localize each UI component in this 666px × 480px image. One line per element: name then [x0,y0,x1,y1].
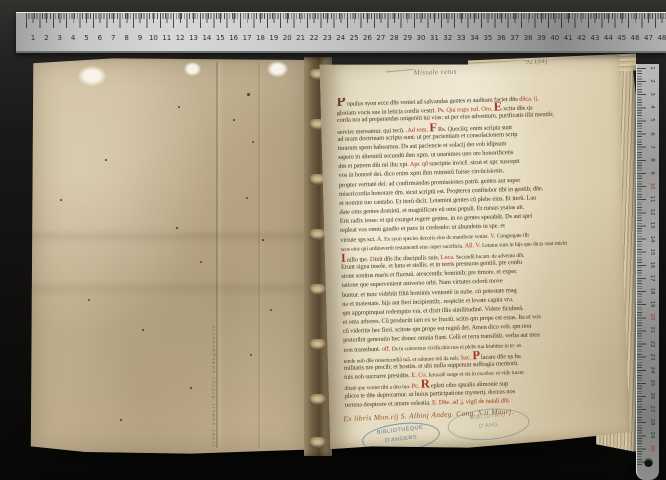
cover-crease [258,62,260,448]
h-ruler-number: 30 [415,34,427,42]
h-ruler-number: 7 [107,34,119,42]
v-ruler-number: 12 [649,206,655,218]
v-ruler-number: 23 [649,351,655,363]
rubric-text: E. Dñe. ad .j. vigil de natali dñi. [432,397,510,406]
v-ruler-number: 14 [649,233,655,245]
h-ruler-number: 29 [402,34,414,42]
v-ruler-number: 22 [649,338,655,350]
h-ruler-number: 1 [27,34,39,42]
h-ruler-number: 41 [562,34,574,42]
h-ruler-number: 26 [362,34,374,42]
ink-speck [190,387,192,389]
ink-speck [60,199,62,201]
h-ruler-number: 32 [442,34,454,42]
pencil-title: Missale vetus [414,68,457,77]
parchment-spot [267,61,288,77]
v-ruler-number: 19 [649,298,655,310]
ink-speck [176,227,178,229]
sewing-support [309,394,326,405]
h-ruler-number: 25 [348,34,360,42]
h-ruler-number: 38 [522,34,534,42]
v-ruler-number: 17 [649,272,655,284]
body-text: Letatus sum in hijs que dicta sunt michi [482,240,567,248]
ink-speck [178,106,180,108]
h-ruler-number: 43 [589,34,601,42]
rubric-text: Apc qd [410,161,430,169]
h-ruler-number: 2 [40,34,52,42]
ink-speck [105,159,107,161]
body-text: Congregate illi [497,232,529,239]
h-ruler-number: 6 [94,34,106,42]
rubricated-initial: P [336,94,345,107]
h-ruler-number: 47 [642,34,654,42]
ink-speck [200,261,202,263]
v-ruler-number: 7 [649,141,655,153]
h-ruler-number: 22 [308,34,320,42]
v-ruler-number: 30 [649,442,655,454]
v-ruler-number: 28 [649,416,655,428]
v-ruler-number: 21 [649,324,655,336]
h-ruler-number: 20 [281,34,293,42]
h-ruler-number: 39 [535,34,547,42]
h-ruler-number: 3 [54,34,66,42]
body-text: terrena despicere et amare celestia. [345,399,432,408]
v-ruler-number: 10 [649,180,655,192]
v-ruler-number: 16 [649,259,655,271]
h-ruler-number: 42 [576,34,588,42]
body-text: non transibunt. [343,345,382,353]
v-ruler-number: 2 [649,75,655,87]
rubric-text: E. Co. [411,372,428,379]
ink-speck [142,329,144,331]
h-ruler-number: 35 [482,34,494,42]
v-ruler-number: 8 [649,154,655,166]
sewing-support [309,229,326,240]
h-ruler-number: 34 [469,34,481,42]
rubric-text: All. V. [465,242,483,249]
h-ruler-number: 11 [161,34,173,42]
h-ruler-number: 12 [174,34,186,42]
ink-speck [120,419,122,421]
ink-speck [233,119,235,121]
v-ruler-number: 29 [649,429,655,441]
ink-speck [247,93,250,96]
sewing-support [309,437,326,448]
vertical-inscription: liber sancti Albini andegavensis [211,84,217,446]
h-ruler-number: 36 [495,34,507,42]
h-ruler-number: 21 [295,34,307,42]
h-ruler-number: 33 [455,34,467,42]
v-ruler-number: 13 [649,219,655,231]
v-ruler-number: 26 [649,390,655,402]
v-ruler-number: 1 [649,62,655,74]
v-ruler-number: 25 [649,377,655,389]
h-ruler-number: 48 [656,34,666,42]
h-ruler-number: 44 [602,34,614,42]
h-ruler-number: 10 [147,34,159,42]
ruler-hole [644,458,653,467]
h-ruler-number: 9 [134,34,146,42]
parchment-spot [78,66,106,86]
sewing-support [309,339,326,350]
sewing-support [309,284,326,295]
v-ruler-number: 20 [649,311,655,323]
h-ruler-number: 23 [321,34,333,42]
ink-speck [270,309,272,311]
ruler-ticks [26,13,666,51]
h-ruler-number: 8 [121,34,133,42]
left-cover-pastedown: liber sancti Albini andegavensis [30,56,307,456]
manuscript-text: Populus syon ecce dñs veniet ad salvanda… [336,90,613,409]
h-ruler-number: 5 [81,34,93,42]
v-ruler-number: 9 [649,167,655,179]
h-ruler-number: 13 [188,34,200,42]
body-text: virtute sps sci. [340,235,376,243]
horizontal-ruler: 1234567891011121314151617181920212223242… [16,12,666,53]
h-ruler-number: 45 [616,34,628,42]
v-ruler-number: 4 [649,101,655,113]
ink-speck [250,354,252,356]
h-ruler-number: 4 [67,34,79,42]
ink-speck [246,197,248,199]
h-ruler-number: 15 [214,34,226,42]
h-ruler-number: 31 [428,34,440,42]
v-ruler-number: 5 [649,114,655,126]
h-ruler-number: 17 [241,34,253,42]
v-ruler-number: 3 [649,88,655,100]
h-ruler-number: 19 [268,34,280,42]
h-ruler-number: 46 [629,34,641,42]
v-ruler-number: 11 [649,193,655,205]
v-ruler-number: 18 [649,285,655,297]
parchment-spot [184,62,201,76]
v-ruler-number: 27 [649,403,655,415]
right-page: X. S Missale vetus 92 (84) 1° 1m Populus… [319,54,630,452]
h-ruler-number: 27 [375,34,387,42]
body-text: suscipite invicẽ. sicut et xpc suscepit [429,158,519,168]
ink-speck [88,299,90,301]
h-ruler-number: 40 [549,34,561,42]
pencil-scribble [385,65,413,73]
h-ruler-number: 28 [388,34,400,42]
v-ruler-number: 24 [649,364,655,376]
ink-speck [262,239,264,241]
v-ruler-number: 15 [649,246,655,258]
h-ruler-number: 14 [201,34,213,42]
h-ruler-number: 18 [254,34,266,42]
vertical-ruler: 1234567891011121314151617181920212223242… [636,64,659,480]
h-ruler-number: 16 [228,34,240,42]
h-ruler-number: 37 [509,34,521,42]
h-ruler-number: 24 [335,34,347,42]
ruler-ticks [637,68,659,466]
v-ruler-number: 6 [649,128,655,140]
manuscript-photo: liber sancti Albini andegavensis X. S Mi… [0,0,666,480]
ink-speck [252,141,254,143]
